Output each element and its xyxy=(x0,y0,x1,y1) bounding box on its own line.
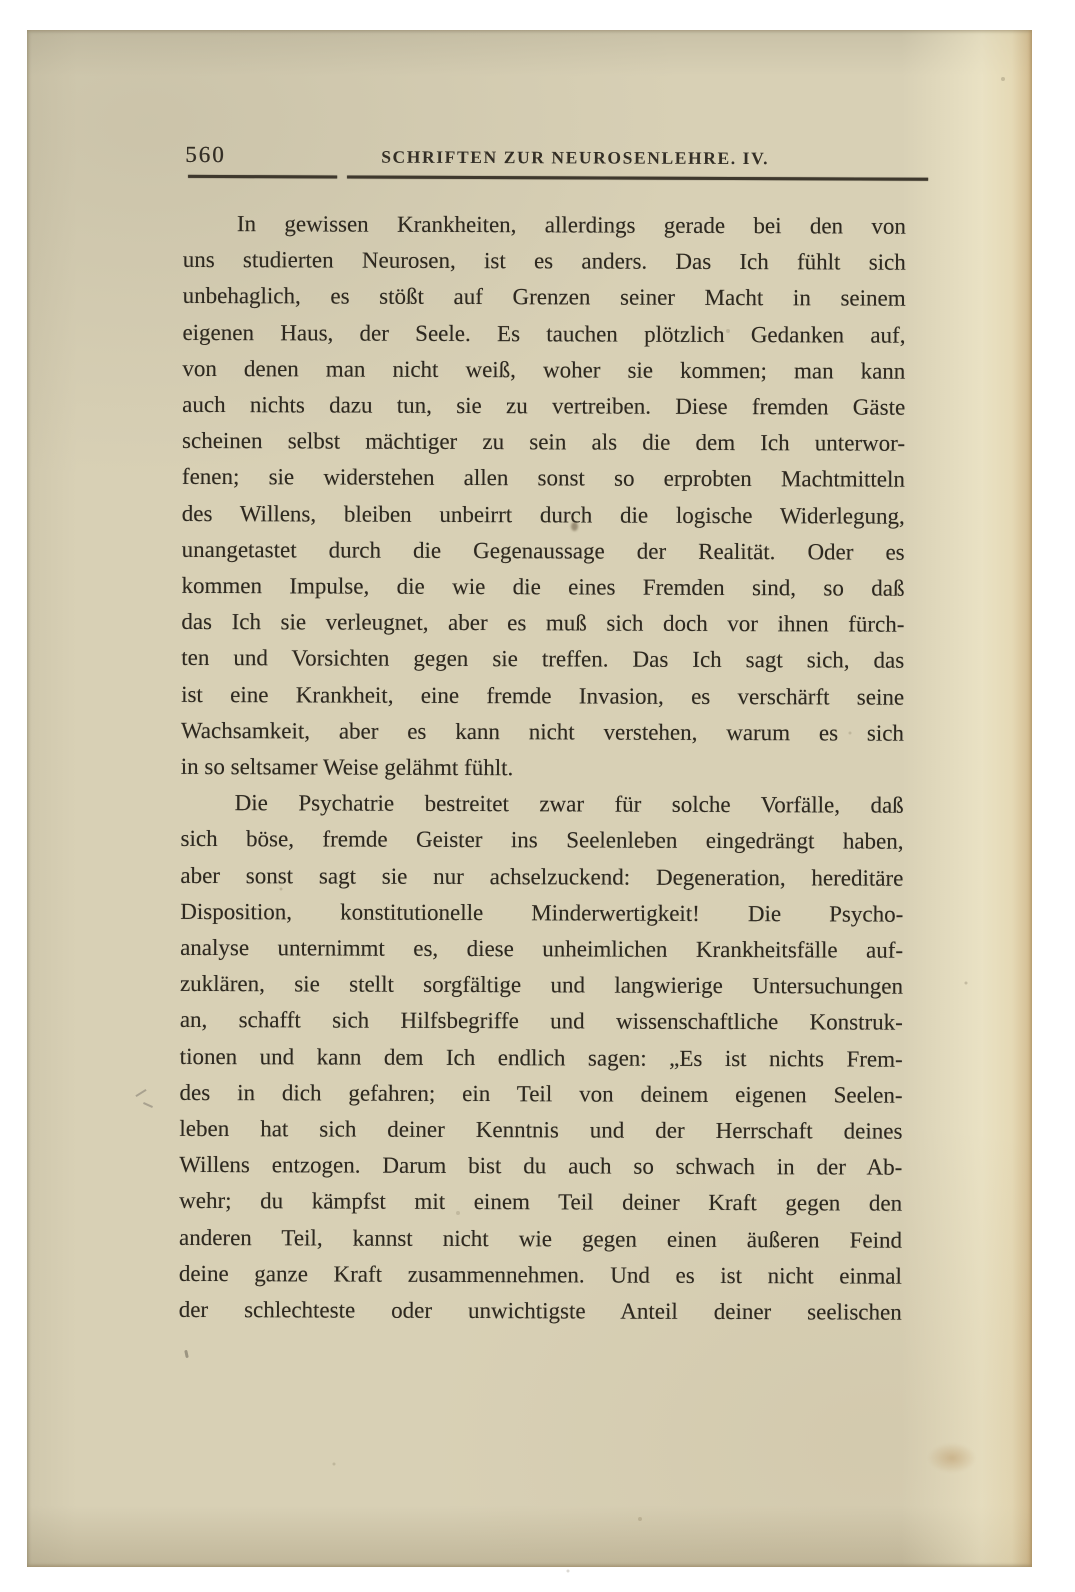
text-line: der schlechteste oder unwichtigste Antei… xyxy=(179,1292,902,1331)
text-line: aber sonst sagt sie nur achselzuckend: D… xyxy=(180,858,903,897)
header-rule-left-segment xyxy=(188,175,337,178)
text-line: des Willens, bleiben unbeirrt durch die … xyxy=(182,496,905,535)
running-header: SCHRIFTEN ZUR NEUROSENLEHRE. IV. xyxy=(353,147,797,170)
text-line: Willens entzogen. Darum bist du auch so … xyxy=(179,1147,902,1186)
ink-smudge xyxy=(571,522,578,531)
text-line: des in dich gefahren; ein Teil von deine… xyxy=(180,1075,903,1114)
text-line: Wachsamkeit, aber es kann nicht verstehe… xyxy=(181,713,904,752)
text-line: Disposition, konstitutionelle Minderwert… xyxy=(180,894,903,933)
text-line: zuklären, sie stellt sorgfältige und lan… xyxy=(180,966,903,1005)
text-line: In gewissen Krankheiten, allerdings gera… xyxy=(183,206,906,245)
text-line: sich böse, fremde Geister ins Seelenlebe… xyxy=(180,821,903,860)
text-block: In gewissen Krankheiten, allerdings gera… xyxy=(179,206,906,1331)
text-line: ist eine Krankheit, eine fremde Invasion… xyxy=(181,677,904,716)
margin-pencil-marks xyxy=(135,1088,161,1114)
text-line: unangetastet durch die Gegenaussage der … xyxy=(182,532,905,571)
text-line: fenen; sie widerstehen allen sonst so er… xyxy=(182,459,905,498)
text-line: unbehaglich, es stößt auf Grenzen seiner… xyxy=(183,278,906,317)
text-line: scheinen selbst mächtiger zu sein als di… xyxy=(182,423,905,462)
text-line: an, schafft sich Hilfsbegriffe und wisse… xyxy=(180,1002,903,1041)
text-line: wehr; du kämpfst mit einem Teil deiner K… xyxy=(179,1183,902,1222)
text-line: leben hat sich deiner Kenntnis und der H… xyxy=(179,1111,902,1150)
paper-stain xyxy=(920,1438,984,1478)
text-line: anderen Teil, kannst nicht wie gegen ein… xyxy=(179,1220,902,1259)
text-line: eigenen Haus, der Seele. Es tauchen plöt… xyxy=(182,315,905,354)
text-line: das Ich sie verleugnet, aber es muß sich… xyxy=(181,604,904,643)
scan-background: 560 SCHRIFTEN ZUR NEUROSENLEHRE. IV. In … xyxy=(0,0,1075,1592)
text-line: auch nichts dazu tun, sie zu vertreiben.… xyxy=(182,387,905,426)
page-content: 560 SCHRIFTEN ZUR NEUROSENLEHRE. IV. In … xyxy=(22,29,1033,1570)
text-line: uns studierten Neurosen, ist es anders. … xyxy=(183,242,906,281)
header-rule-main-segment xyxy=(347,176,928,181)
paper-specks xyxy=(27,30,29,32)
text-line: deine ganze Kraft zusammennehmen. Und es… xyxy=(179,1256,902,1295)
text-line: tionen und kann dem Ich endlich sagen: „… xyxy=(180,1039,903,1078)
text-line: in so seltsamer Weise gelähmt fühlt. xyxy=(181,749,904,788)
text-line: analyse unternimmt es, diese unheimliche… xyxy=(180,930,903,969)
text-line: von denen man nicht weiß, woher sie komm… xyxy=(182,351,905,390)
book-page: 560 SCHRIFTEN ZUR NEUROSENLEHRE. IV. In … xyxy=(27,30,1032,1567)
text-line: ten und Vorsichten gegen sie treffen. Da… xyxy=(181,640,904,679)
page-number: 560 xyxy=(185,142,226,168)
text-line: kommen Impulse, die wie die eines Fremde… xyxy=(181,568,904,607)
text-line: Die Psychatrie bestreitet zwar für solch… xyxy=(181,785,904,824)
